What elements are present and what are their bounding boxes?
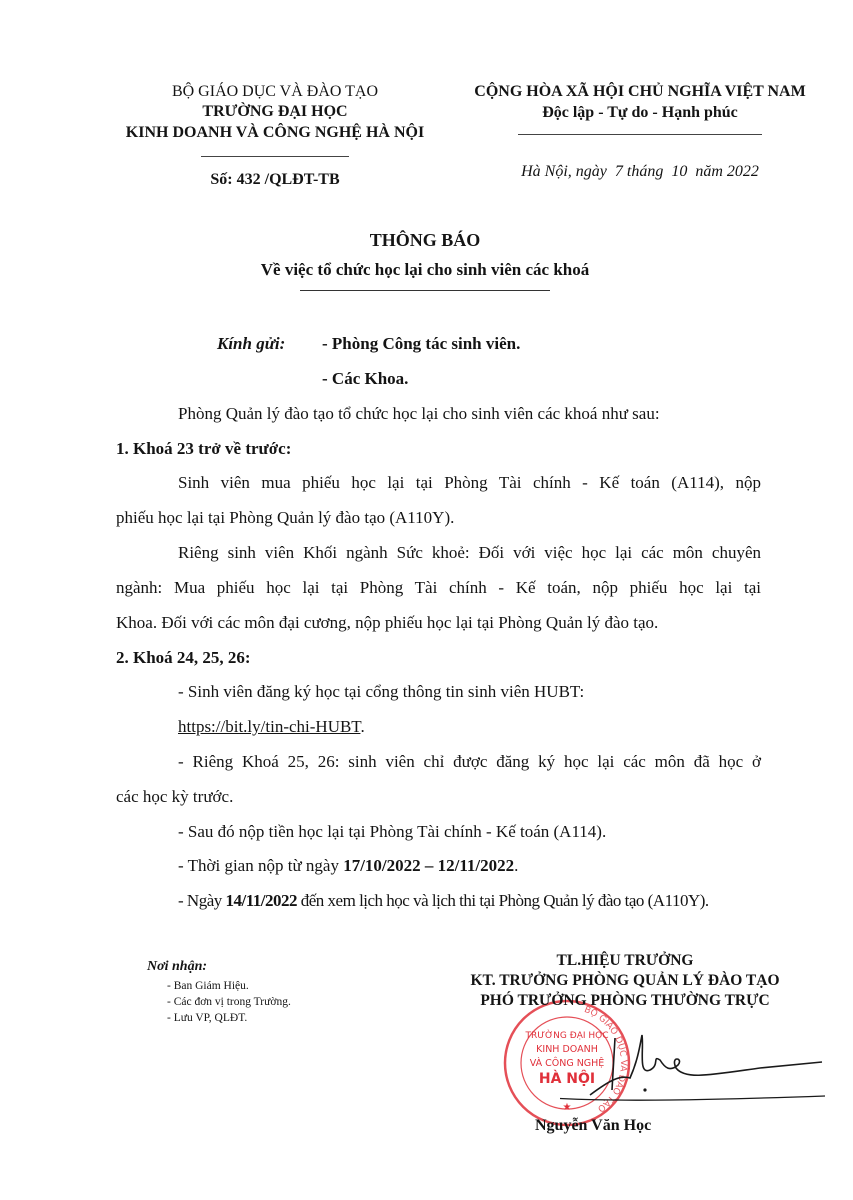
addressee-item: - Phòng Công tác sinh viên. (322, 333, 520, 355)
addressee-item: - Các Khoa. (322, 368, 408, 390)
bullet-payment-period: - Thời gian nộp từ ngày 17/10/2022 – 12/… (178, 855, 518, 877)
recipients-heading: Nơi nhận: (147, 958, 291, 976)
section-2-heading: 2. Khoá 24, 25, 26: (116, 647, 251, 669)
section-1-paragraph-2-cont: ngành: Mua phiếu học lại tại Phòng Tài c… (116, 577, 761, 599)
recipient-item: - Ban Giám Hiệu. (167, 978, 291, 994)
text: . (514, 856, 518, 875)
nation-header: CỘNG HÒA XÃ HỘI CHỦ NGHĨA VIỆT NAM Độc l… (450, 82, 830, 183)
text: - Ngày (178, 891, 225, 910)
bullet-k25-26: - Riêng Khoá 25, 26: sinh viên chỉ được … (178, 751, 761, 773)
document-subject: Về việc tổ chức học lại cho sinh viên cá… (150, 258, 700, 282)
link-suffix: . (360, 717, 364, 736)
document-title-block: THÔNG BÁO Về việc tổ chức học lại cho si… (150, 228, 700, 291)
section-1-paragraph-2: Riêng sinh viên Khối ngành Sức khoẻ: Đối… (178, 542, 761, 564)
handwritten-signature (560, 1020, 830, 1120)
divider (201, 156, 349, 157)
document-date: Hà Nội, ngày 7 tháng 10 năm 2022 (450, 161, 830, 183)
document-number: Số: 432 /QLĐT-TB (95, 169, 455, 191)
bullet-k25-26-cont: các học kỳ trước. (116, 786, 233, 808)
text: đến xem lịch học và lịch thi tại Phòng Q… (297, 891, 709, 910)
schedule-date: 14/11/2022 (225, 891, 297, 910)
bullet-registration: - Sinh viên đăng ký học tại cổng thông t… (178, 681, 584, 703)
national-motto: Độc lập - Tự do - Hạnh phúc (450, 102, 830, 124)
recipients-list: Nơi nhận: - Ban Giám Hiệu. - Các đơn vị … (147, 958, 291, 1026)
school-name-line1: TRƯỜNG ĐẠI HỌC (95, 102, 455, 122)
signature-title-1: TL.HIỆU TRƯỞNG (405, 951, 845, 971)
ministry-name: BỘ GIÁO DỤC VÀ ĐÀO TẠO (95, 82, 455, 102)
registration-link-line: https://bit.ly/tin-chi-HUBT. (178, 716, 365, 738)
school-name-line2: KINH DOANH VÀ CÔNG NGHỆ HÀ NỘI (95, 122, 455, 144)
intro-paragraph: Phòng Quản lý đào tạo tổ chức học lại ch… (178, 403, 660, 425)
nation-name: CỘNG HÒA XÃ HỘI CHỦ NGHĨA VIỆT NAM (450, 82, 830, 102)
signature-title-2: KT. TRƯỞNG PHÒNG QUẢN LÝ ĐÀO TẠO (405, 971, 845, 991)
recipient-item: - Lưu VP, QLĐT. (167, 1010, 291, 1026)
divider (518, 134, 762, 135)
section-1-paragraph-1: Sinh viên mua phiếu học lại tại Phòng Tà… (178, 472, 761, 494)
signature-block: TL.HIỆU TRƯỞNG KT. TRƯỞNG PHÒNG QUẢN LÝ … (405, 951, 845, 1011)
issuer-header: BỘ GIÁO DỤC VÀ ĐÀO TẠO TRƯỜNG ĐẠI HỌC KI… (95, 82, 455, 191)
signature-title-3: PHÓ TRƯỞNG PHÒNG THƯỜNG TRỰC (405, 991, 845, 1011)
section-1-paragraph-2-end: Khoa. Đối với các môn đại cương, nộp phi… (116, 612, 658, 634)
payment-period-dates: 17/10/2022 – 12/11/2022 (343, 856, 514, 875)
section-1-paragraph-1-cont: phiếu học lại tại Phòng Quản lý đào tạo … (116, 507, 454, 529)
bullet-schedule: - Ngày 14/11/2022 đến xem lịch học và lị… (178, 890, 709, 912)
bullet-payment: - Sau đó nộp tiền học lại tại Phòng Tài … (178, 821, 606, 843)
divider (300, 290, 550, 291)
registration-link[interactable]: https://bit.ly/tin-chi-HUBT (178, 717, 360, 736)
text: - Thời gian nộp từ ngày (178, 856, 343, 875)
recipient-item: - Các đơn vị trong Trường. (167, 994, 291, 1010)
addressee-label: Kính gửi: (217, 333, 285, 355)
document-title: THÔNG BÁO (150, 228, 700, 252)
signer-name: Nguyễn Văn Học (535, 1117, 651, 1135)
section-1-heading: 1. Khoá 23 trở về trước: (116, 438, 291, 460)
